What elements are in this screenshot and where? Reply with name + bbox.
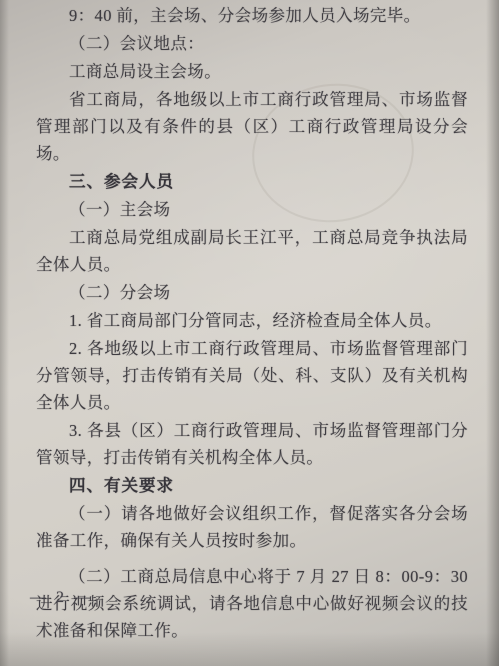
list-item: 2. 各地级以上市工商行政管理局、市场监督管理部门分管领导，打击传销有关局（处、… — [36, 335, 468, 416]
document-body: 9：40 前，主会场、分会场参加人员入场完毕。 （二）会议地点： 工商总局设主会… — [36, 1, 468, 644]
subsection-heading: （一）主会场 — [36, 196, 468, 223]
paragraph: 工商总局党组成副局长王江平，工商总局竞争执法局全体人员。 — [36, 224, 468, 278]
page-number: — 2 — — [30, 589, 93, 607]
list-item: 3. 各县（区）工商行政管理局、市场监督管理部门分管领导，打击传销有关机构全体人… — [36, 417, 468, 471]
paragraph: （二）会议地点： — [36, 30, 468, 57]
paragraph: （一）请各地做好会议组织工作，督促落实各分会场准备工作，确保有关人员按时参加。 — [36, 500, 468, 554]
document-page: 9：40 前，主会场、分会场参加人员入场完毕。 （二）会议地点： 工商总局设主会… — [0, 0, 499, 666]
paragraph: 工商总局设主会场。 — [36, 58, 468, 85]
section-heading: 三、参会人员 — [36, 168, 468, 195]
paragraph: 9：40 前，主会场、分会场参加人员入场完毕。 — [36, 2, 468, 29]
list-item: 1. 省工商局部门分管同志，经济检查局全体人员。 — [36, 307, 468, 334]
section-heading: 四、有关要求 — [36, 472, 468, 499]
paragraph: 省工商局，各地级以上市工商行政管理局、市场监督管理部门以及有条件的县（区）工商行… — [36, 86, 468, 167]
subsection-heading: （二）分会场 — [36, 279, 468, 306]
paragraph: （二）工商总局信息中心将于 7 月 27 日 8：00-9：30 进行视频会系统… — [36, 563, 468, 644]
